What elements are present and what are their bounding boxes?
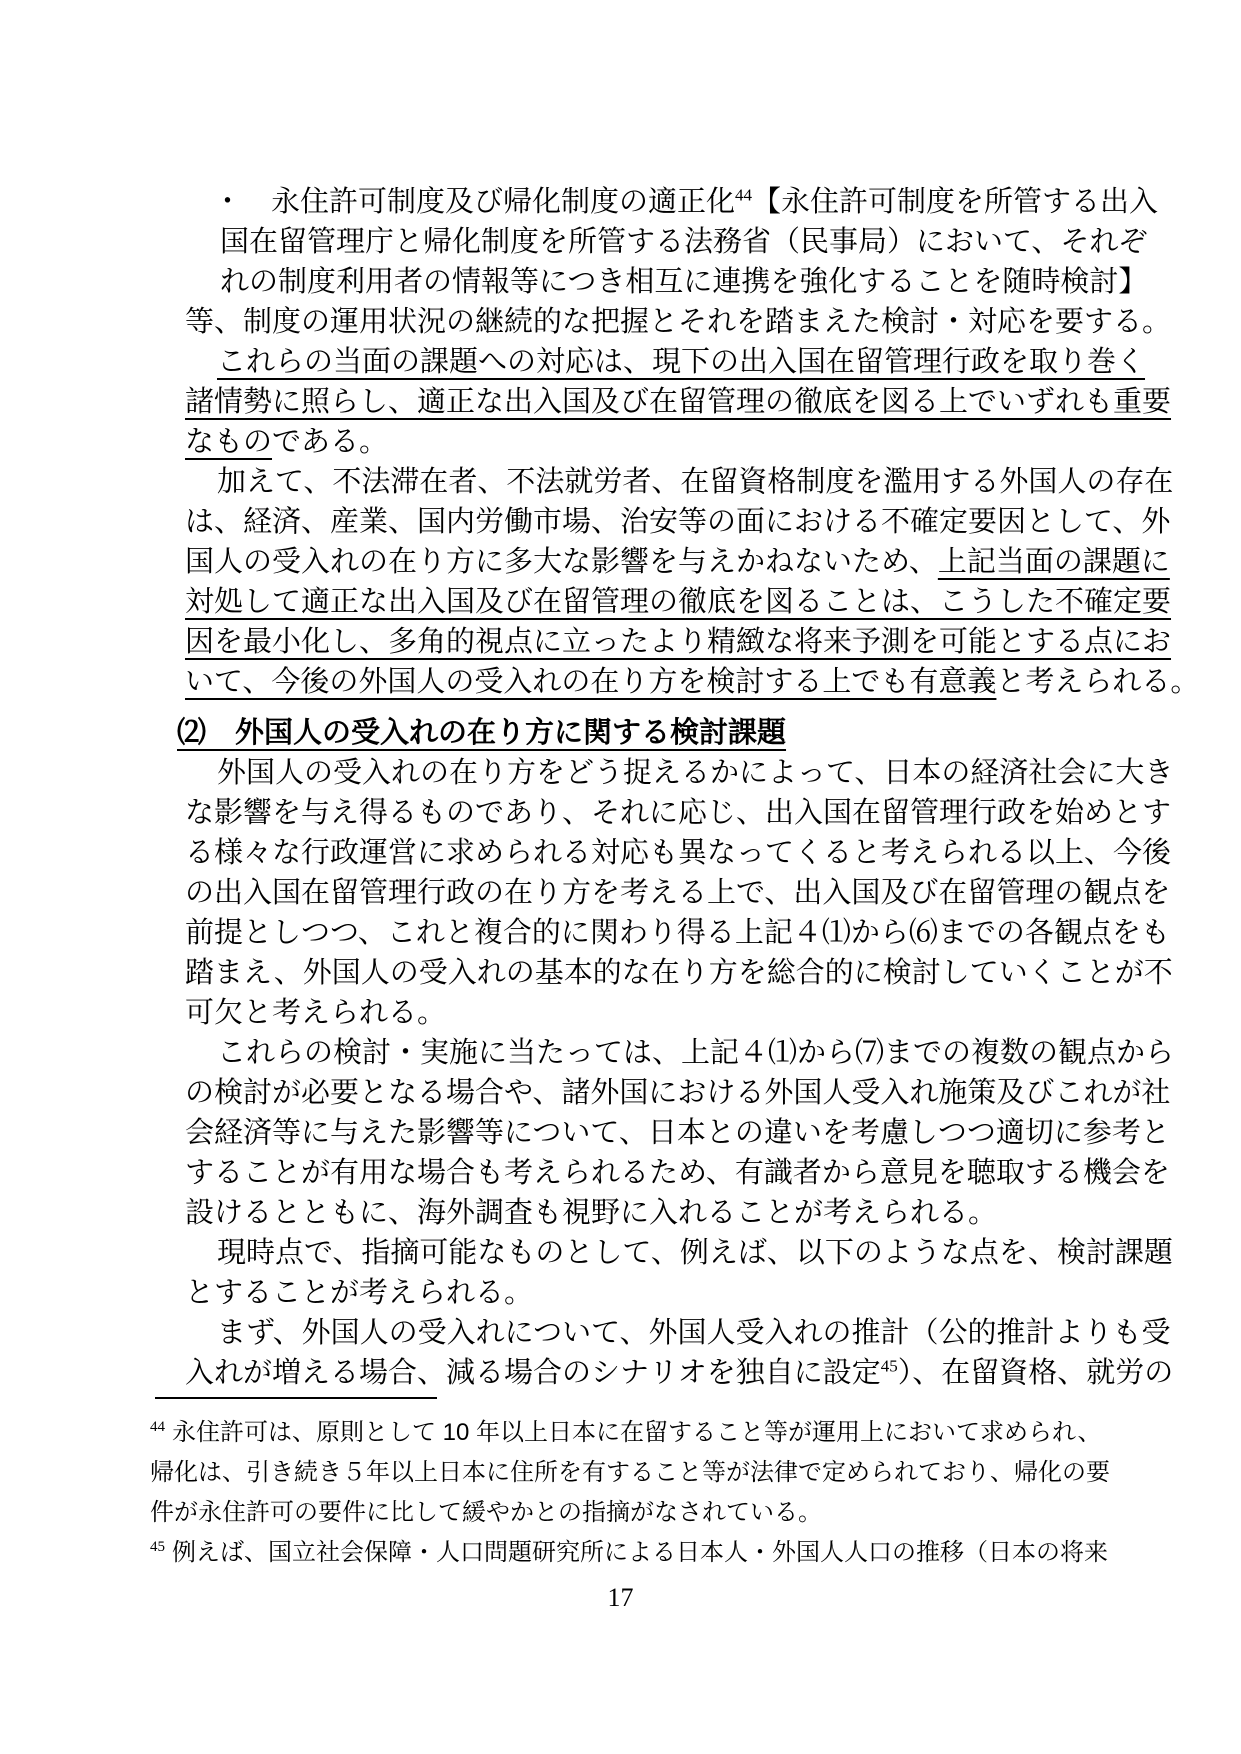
line-text: の出入国在留管理行政の在り方を考える上で、出入国及び在留管理の観点を: [185, 877, 1170, 909]
line-text: の検討が必要となる場合や、諸外国における外国人受入れ施策及びこれが社: [185, 1077, 1170, 1109]
text-line: 国在留管理庁と帰化制度を所管する法務省（民事局）において、それぞ: [220, 222, 1093, 262]
line-text: 加えて、不法滞在者、不法就労者、在留資格制度を濫用する外国人の存在: [217, 466, 1173, 498]
line-text: 国在留管理庁と帰化制度を所管する法務省（民事局）において、それぞ: [220, 226, 1147, 258]
line-text: は、経済、産業、国内労働市場、治安等の面における不確定要因として、外: [185, 506, 1170, 538]
text-line: 入れが増える場合、減る場合のシナリオを独自に設定45）、在留資格、就労の: [185, 1353, 1093, 1393]
footnote-text: 例えば、国立社会保障・人口問題研究所による日本人・外国人人口の推移（日本の将来: [172, 1539, 1108, 1566]
text-line: これらの当面の課題への対応は、現下の出入国在留管理行政を取り巻く: [185, 342, 1093, 382]
line-text: 前提としつつ、これと複合的に関わり得る上記４⑴から⑹までの各観点をも: [185, 917, 1170, 949]
line-text: とすることが考えられる。: [185, 1277, 533, 1309]
text-line: は、経済、産業、国内労働市場、治安等の面における不確定要因として、外: [185, 502, 1093, 542]
text-line: することが有用な場合も考えられるため、有識者から意見を聴取する機会を: [185, 1153, 1093, 1193]
line-text: これらの検討・実施に当たっては、上記４⑴から⑺までの複数の観点から: [217, 1037, 1174, 1069]
line-text: 等、制度の運用状況の継続的な把握とそれを踏まえた検討・対応を要する。: [185, 306, 1171, 338]
footnote-44-line: 44永住許可は、原則として 10 年以上日本に在留すること等が運用上において求め…: [150, 1413, 1091, 1453]
line-text: な影響を与え得るものであり、それに応じ、出入国在留管理行政を始めとす: [185, 797, 1171, 829]
text-line: 可欠と考えられる。: [185, 993, 1093, 1033]
line-text: 設けるとともに、海外調査も視野に入れることが考えられる。: [185, 1197, 997, 1229]
section-heading: ⑵ 外国人の受入れの在り方に関する検討課題: [177, 713, 1093, 753]
line-text: 外国人の受入れの在り方をどう捉えるかによって、日本の経済社会に大き: [217, 757, 1173, 789]
text-line: の出入国在留管理行政の在り方を考える上で、出入国及び在留管理の観点を: [185, 873, 1093, 913]
footnote-45-line: 45例えば、国立社会保障・人口問題研究所による日本人・外国人人口の推移（日本の将…: [150, 1533, 1091, 1573]
footnote-text: 帰化は、引き続き５年以上日本に住所を有すること等が法律で定められており、帰化の要: [150, 1459, 1110, 1486]
underlined-text: 諸情勢に照らし、適正な出入国及び在留管理の徹底を図る上でいずれも重要: [185, 386, 1171, 418]
text-line: 対処して適正な出入国及び在留管理の徹底を図ることは、こうした不確定要: [185, 582, 1093, 622]
underlined-text: 対処して適正な出入国及び在留管理の徹底を図ることは、こうした不確定要: [185, 586, 1171, 618]
text-line: 会経済等に与えた影響等について、日本との違いを考慮しつつ適切に参考と: [185, 1113, 1093, 1153]
text-line: る様々な行政運営に求められる対応も異なってくると考えられる以上、今後: [185, 833, 1093, 873]
text-line: 現時点で、指摘可能なものとして、例えば、以下のような点を、検討課題: [185, 1233, 1093, 1273]
footnote-number: 44: [150, 1419, 165, 1435]
footnote-44-line: 件が永住許可の要件に比して緩やかとの指摘がなされている。: [150, 1493, 1091, 1533]
line-text: 可欠と考えられる。: [185, 997, 446, 1029]
underlined-text: これらの当面の課題への対応は、現下の出入国在留管理行政を取り巻く: [217, 346, 1145, 378]
footnotes: 44永住許可は、原則として 10 年以上日本に在留すること等が運用上において求め…: [150, 1399, 1091, 1573]
text-line: 国人の受入れの在り方に多大な影響を与えかねないため、上記当面の課題に: [185, 542, 1093, 582]
line-text: と考えられる。: [996, 666, 1199, 698]
heading-title: 外国人の受入れの在り方に関する検討課題: [235, 717, 786, 749]
text-line: 因を最小化し、多角的視点に立ったより精緻な将来予測を可能とする点にお: [185, 622, 1093, 662]
bullet-text: 【永住許可制度を所管する出入: [752, 186, 1158, 218]
underlined-text: 因を最小化し、多角的視点に立ったより精緻な将来予測を可能とする点にお: [185, 626, 1171, 658]
text-line: れの制度利用者の情報等につき相互に連携を強化することを随時検討】: [220, 262, 1093, 302]
underlined-text: なもの: [185, 426, 272, 458]
page-number: 17: [0, 1583, 1241, 1613]
line-text: である。: [272, 426, 388, 458]
footnote-text: 件が永住許可の要件に比して緩やかとの指摘がなされている。: [150, 1499, 822, 1526]
text-line: 等、制度の運用状況の継続的な把握とそれを踏まえた検討・対応を要する。: [185, 302, 1093, 342]
text-line: 外国人の受入れの在り方をどう捉えるかによって、日本の経済社会に大き: [185, 753, 1093, 793]
text-line: 諸情勢に照らし、適正な出入国及び在留管理の徹底を図る上でいずれも重要: [185, 382, 1093, 422]
footnote-44-line: 帰化は、引き続き５年以上日本に住所を有すること等が法律で定められており、帰化の要: [150, 1453, 1091, 1493]
footnote-text: 永住許可は、原則として 10 年以上日本に在留すること等が運用上において求められ…: [172, 1419, 1101, 1446]
line-text: れの制度利用者の情報等につき相互に連携を強化することを随時検討】: [220, 266, 1147, 298]
line-text: 踏まえ、外国人の受入れの基本的な在り方を総合的に検討していくことが不: [185, 957, 1173, 989]
text-line: 踏まえ、外国人の受入れの基本的な在り方を総合的に検討していくことが不: [185, 953, 1093, 993]
text-line: いて、今後の外国人の受入れの在り方を検討する上でも有意義と考えられる。: [185, 662, 1093, 702]
text-line: なものである。: [185, 422, 1093, 462]
text-line: まず、外国人の受入れについて、外国人受入れの推計（公的推計よりも受: [185, 1313, 1093, 1353]
line-text: 現時点で、指摘可能なものとして、例えば、以下のような点を、検討課題: [217, 1237, 1173, 1269]
text-line: 設けるとともに、海外調査も視野に入れることが考えられる。: [185, 1193, 1093, 1233]
text-line: これらの検討・実施に当たっては、上記４⑴から⑺までの複数の観点から: [185, 1033, 1093, 1073]
text-line: とすることが考えられる。: [185, 1273, 1093, 1313]
text-line: ・ 永住許可制度及び帰化制度の適正化44【永住許可制度を所管する出入: [213, 182, 1093, 222]
line-text: まず、外国人の受入れについて、外国人受入れの推計（公的推計よりも受: [217, 1317, 1171, 1349]
text-line: な影響を与え得るものであり、それに応じ、出入国在留管理行政を始めとす: [185, 793, 1093, 833]
line-text: 国人の受入れの在り方に多大な影響を与えかねないため、: [185, 546, 938, 578]
line-text: る様々な行政運営に求められる対応も異なってくると考えられる以上、今後: [185, 837, 1171, 869]
heading-number: ⑵: [177, 717, 235, 749]
line-text: ）、在留資格、就労の: [898, 1357, 1174, 1389]
line-text: することが有用な場合も考えられるため、有識者から意見を聴取する機会を: [185, 1157, 1170, 1189]
footnote-number: 45: [150, 1539, 165, 1555]
text-line: の検討が必要となる場合や、諸外国における外国人受入れ施策及びこれが社: [185, 1073, 1093, 1113]
footnote-ref-44: 44: [735, 185, 752, 204]
line-text: 入れが増える場合、減る場合のシナリオを独自に設定: [185, 1357, 881, 1389]
document-page: ・ 永住許可制度及び帰化制度の適正化44【永住許可制度を所管する出入 国在留管理…: [0, 0, 1241, 1754]
underlined-text: いて、今後の外国人の受入れの在り方を検討する上でも有意義: [185, 666, 996, 698]
footnote-ref-45: 45: [881, 1356, 898, 1375]
body-text: ・ 永住許可制度及び帰化制度の適正化44【永住許可制度を所管する出入 国在留管理…: [185, 182, 1093, 1393]
bullet-text: ・ 永住許可制度及び帰化制度の適正化: [213, 186, 735, 218]
text-line: 前提としつつ、これと複合的に関わり得る上記４⑴から⑹までの各観点をも: [185, 913, 1093, 953]
text-line: 加えて、不法滞在者、不法就労者、在留資格制度を濫用する外国人の存在: [185, 462, 1093, 502]
line-text: 会経済等に与えた影響等について、日本との違いを考慮しつつ適切に参考と: [185, 1117, 1170, 1149]
underlined-text: 上記当面の課題に: [938, 546, 1170, 578]
